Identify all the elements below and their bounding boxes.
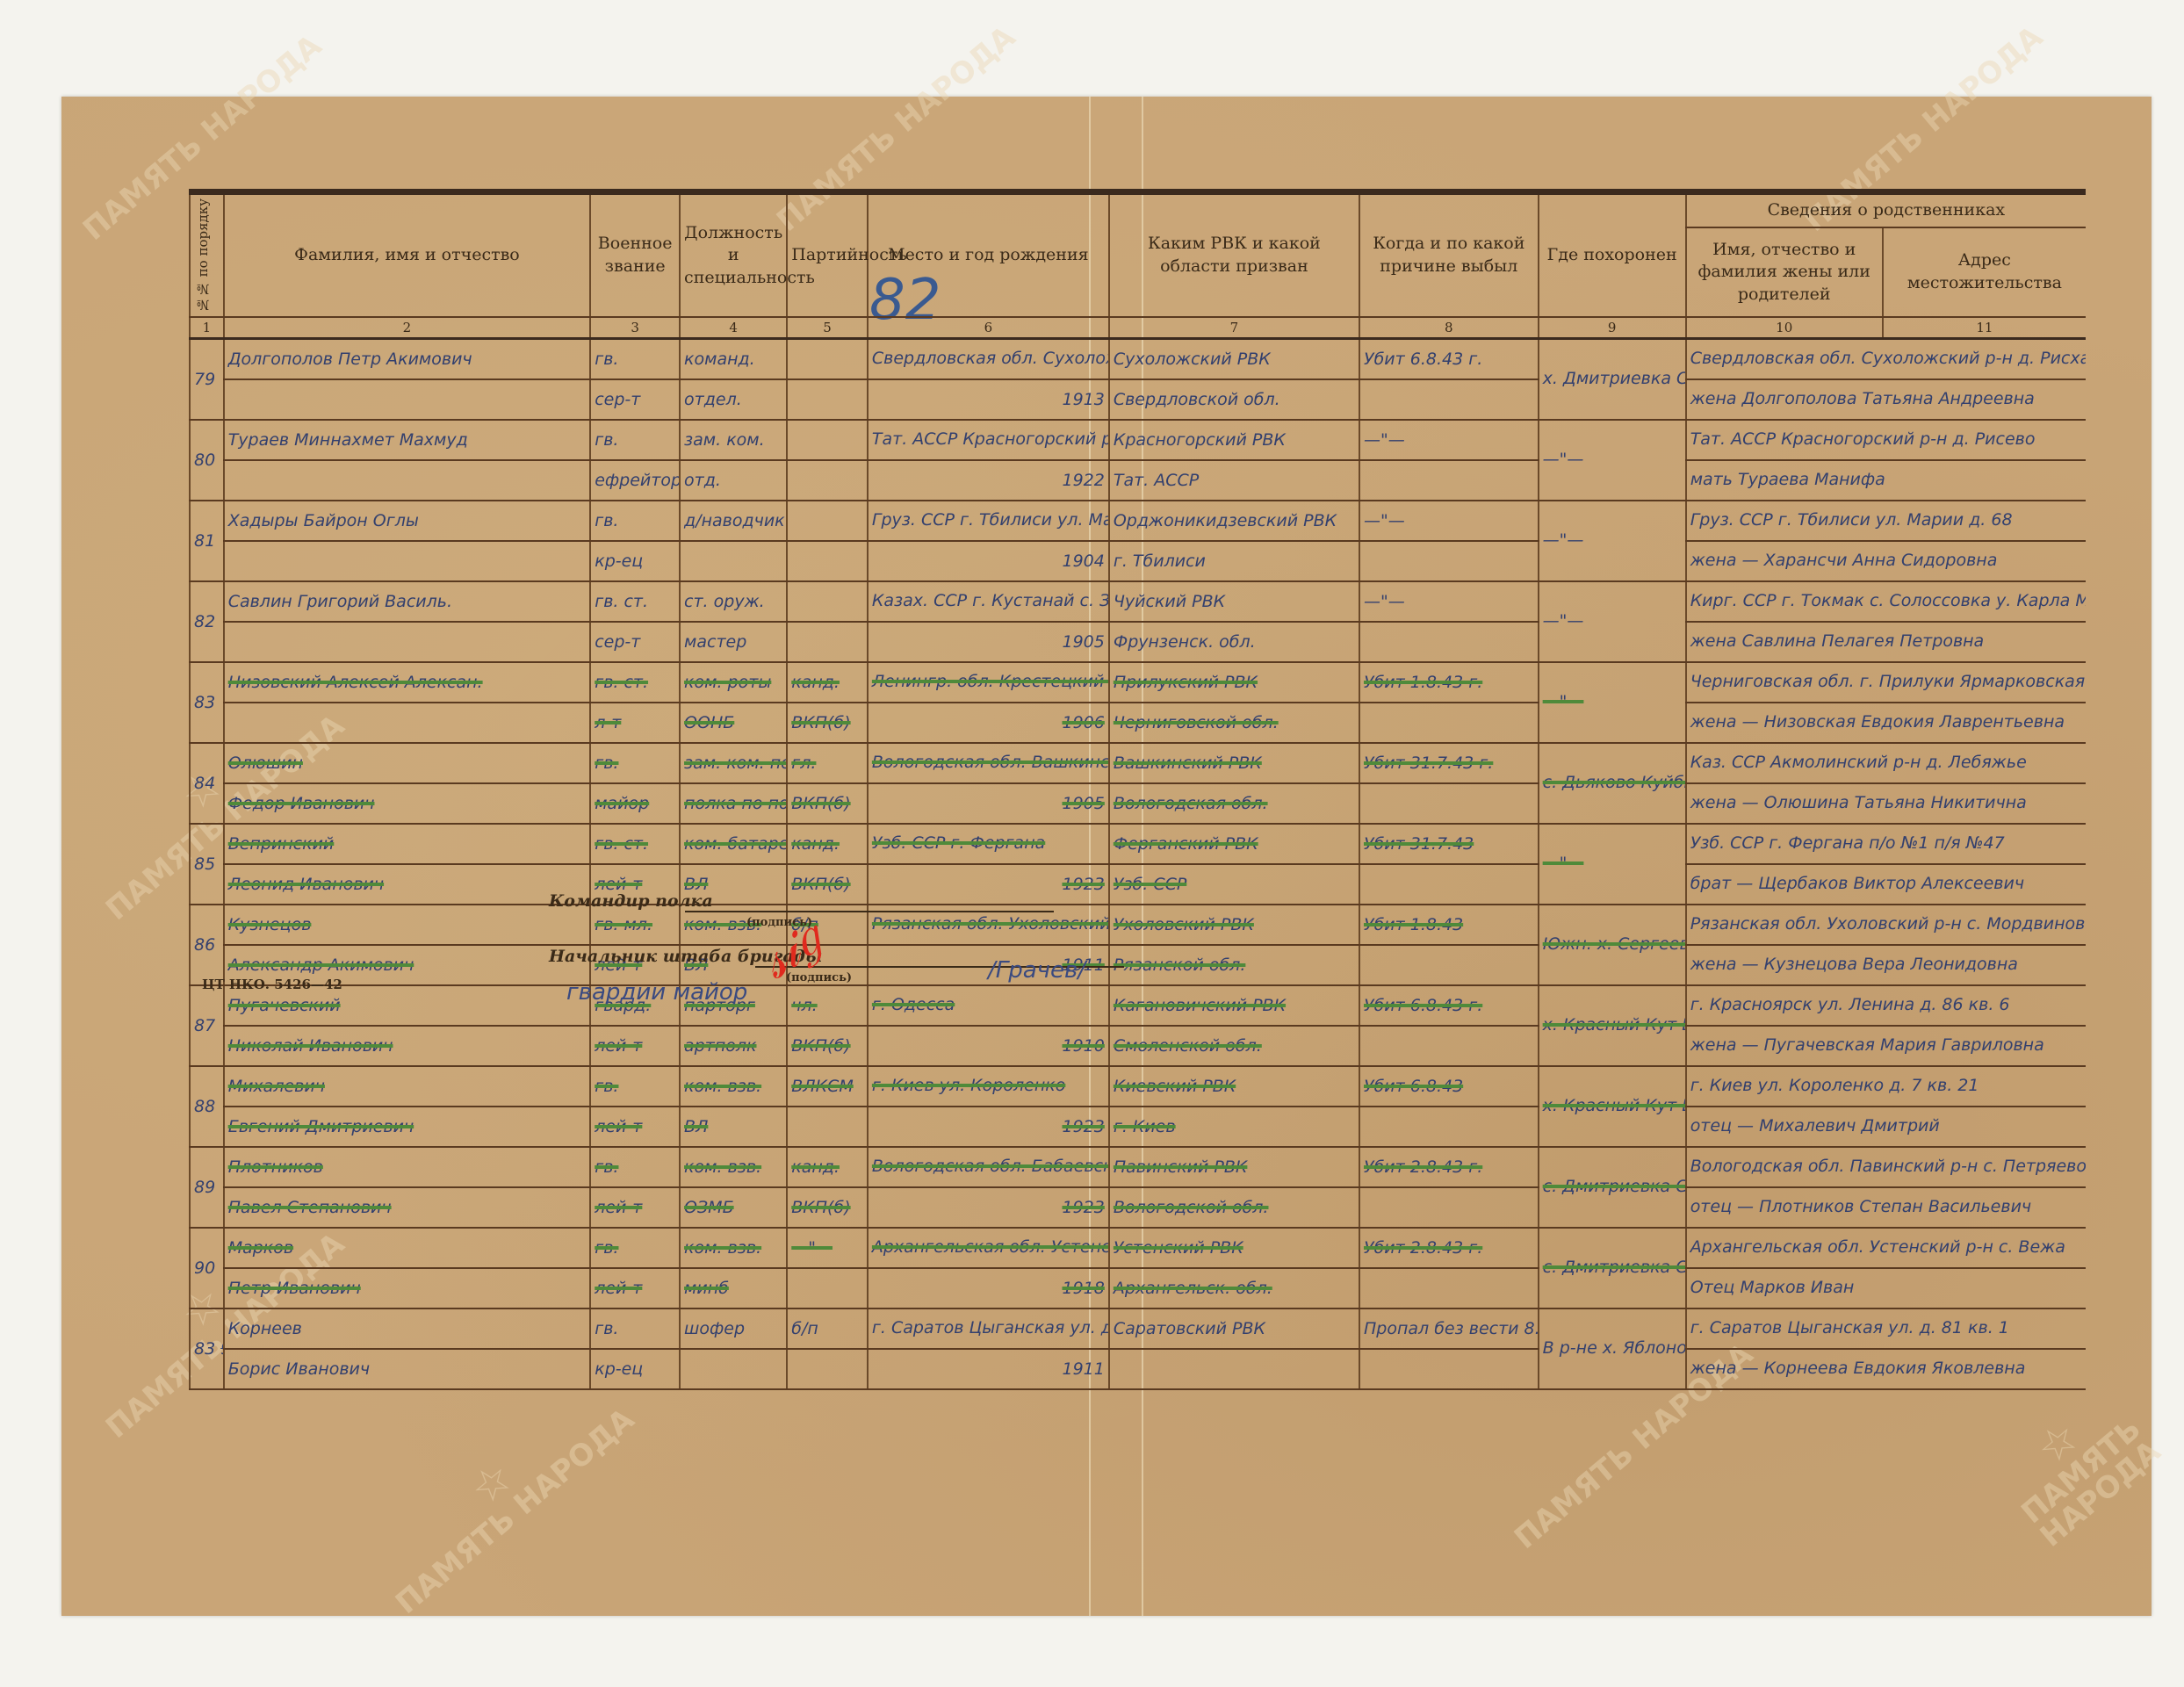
- table-row-continuation: ефрейторотд.1922Тат. АССРмать Тураева Ма…: [190, 460, 2086, 501]
- military-rank-line2: сер-т: [590, 379, 680, 420]
- row-number: 86: [190, 905, 224, 985]
- position: ком. батареи: [680, 824, 787, 864]
- party-membership-line2: [787, 541, 868, 581]
- departure-reason-line2: [1359, 379, 1539, 420]
- relative-name: жена Долгополова Татьяна Андреевна: [1686, 379, 2086, 420]
- position: ст. оруж.: [680, 581, 787, 622]
- departure-reason: Убит 1.8.43: [1359, 905, 1539, 945]
- col-number: 8: [1359, 317, 1539, 339]
- departure-reason: Убит 31.7.43 г.: [1359, 743, 1539, 783]
- party-membership: канд.: [787, 662, 868, 703]
- col-header-rank: Военное звание: [590, 192, 680, 318]
- party-membership: канд.: [787, 1147, 868, 1187]
- draft-region: Свердловской обл.: [1109, 379, 1359, 420]
- burial-place: В р-не х. Яблоновка Сталинской обл.: [1539, 1309, 1686, 1389]
- position: ком. взв.: [680, 1066, 787, 1107]
- draft-region: г. Тбилиси: [1109, 541, 1359, 581]
- military-rank: гв.: [590, 743, 680, 783]
- departure-reason: Убит 2.8.43 г.: [1359, 1228, 1539, 1268]
- departure-reason-line2: [1359, 541, 1539, 581]
- military-rank-line2: майор: [590, 783, 680, 824]
- party-membership-line2: [787, 1268, 868, 1309]
- military-rank: гв.: [590, 339, 680, 380]
- draft-region: Узб. ССР: [1109, 864, 1359, 905]
- burial-place: с. Дьяково Куйбышевский р-н Ростовской о…: [1539, 743, 1686, 824]
- row-number: 83 91: [190, 1309, 224, 1389]
- party-membership-line2: ВКП(б): [787, 864, 868, 905]
- col-header-name: Фамилия, имя и отчество: [224, 192, 591, 318]
- position: ком. роты: [680, 662, 787, 703]
- row-number: 88: [190, 1066, 224, 1147]
- position: ком. взв.: [680, 1147, 787, 1187]
- position: ком. взв.: [680, 1228, 787, 1268]
- burial-place: х. Красный Кут Ворошиловградской обл.: [1539, 1066, 1686, 1147]
- birth-year: 1911: [868, 1349, 1109, 1389]
- departure-reason-line2: [1359, 1026, 1539, 1066]
- position-line2: артполк: [680, 1026, 787, 1066]
- position-line2: полка по пол. части: [680, 783, 787, 824]
- military-rank: гв.: [590, 1228, 680, 1268]
- military-rank-line2: кр-ец: [590, 541, 680, 581]
- col-header-address: Адрес местожительства: [1883, 227, 2086, 317]
- birth-place: Казах. ССР г. Кустанай с. Затобольск: [868, 581, 1109, 622]
- full-name: Плотников: [224, 1147, 591, 1187]
- burial-place: —"—: [1539, 420, 1686, 501]
- birth-place: Ленингр. обл. Крестецкий р-н с. Хальво: [868, 662, 1109, 703]
- birth-place: г. Киев ул. Короленко: [868, 1066, 1109, 1107]
- party-membership: ВЛКСМ: [787, 1066, 868, 1107]
- table-row-continuation: Павел Степановичлей-тОЗМБВКП(б)1923Волог…: [190, 1187, 2086, 1228]
- birth-year: 1910: [868, 1026, 1109, 1066]
- departure-reason: —"—: [1359, 581, 1539, 622]
- col-number: 6: [868, 317, 1109, 339]
- col-header-party: Партийность: [787, 192, 868, 318]
- departure-reason: Убит 6.8.43 г.: [1359, 339, 1539, 380]
- military-rank: гв. ст.: [590, 581, 680, 622]
- departure-reason-line2: [1359, 1187, 1539, 1228]
- table-row: 90Марковгв.ком. взв.—"—Архангельская обл…: [190, 1228, 2086, 1268]
- draft-region: Архангельск. обл.: [1109, 1268, 1359, 1309]
- relative-address: г. Киев ул. Короленко д. 7 кв. 21: [1686, 1066, 2086, 1107]
- position-line2: ООНБ: [680, 703, 787, 743]
- birth-place: Узб. ССР г. Фергана: [868, 824, 1109, 864]
- full-name: Вепринский: [224, 824, 591, 864]
- full-name: Михалевич: [224, 1066, 591, 1107]
- full-name-patronymic: Борис Иванович: [224, 1349, 591, 1389]
- relative-address: Груз. ССР г. Тбилиси ул. Марии д. 68: [1686, 501, 2086, 541]
- birth-year: 1905: [868, 622, 1109, 662]
- row-number: 79: [190, 339, 224, 421]
- party-membership-line2: ВКП(б): [787, 783, 868, 824]
- draft-region: Рязанской обл.: [1109, 945, 1359, 985]
- full-name: Олюшин: [224, 743, 591, 783]
- table-row: 87Пугачевскийгвард.парторгчл.г. ОдессаКа…: [190, 985, 2086, 1026]
- relative-name: жена — Низовская Евдокия Лаврентьевна: [1686, 703, 2086, 743]
- birth-place: Вологодская обл. Вашкинский р-н: [868, 743, 1109, 783]
- military-rank: гв.: [590, 1147, 680, 1187]
- departure-reason-line2: [1359, 783, 1539, 824]
- burial-place: —"—: [1539, 824, 1686, 905]
- military-rank-line2: лей-т: [590, 1268, 680, 1309]
- birth-year: 1904: [868, 541, 1109, 581]
- position-line2: минб: [680, 1268, 787, 1309]
- full-name: Кузнецов: [224, 905, 591, 945]
- position: д/наводчик: [680, 501, 787, 541]
- relative-address: Свердловская обл. Сухоложский р-н д. Рис…: [1686, 339, 2086, 380]
- draft-region: г. Киев: [1109, 1107, 1359, 1147]
- col-number: 4: [680, 317, 787, 339]
- table-row-continuation: сер-тмастер1905Фрунзенск. обл.жена Савли…: [190, 622, 2086, 662]
- party-membership-line2: [787, 379, 868, 420]
- party-membership-line2: [787, 1107, 868, 1147]
- military-rank-line2: лей-т: [590, 1187, 680, 1228]
- table-row-continuation: Николай Ивановичлей-тартполкВКП(б)1910См…: [190, 1026, 2086, 1066]
- military-rank-line2: кр-ец: [590, 1349, 680, 1389]
- draft-office: Прилукский РВК: [1109, 662, 1359, 703]
- position: зам. ком.: [680, 420, 787, 460]
- birth-place: Тат. АССР Красногорский р-н д. Рисево: [868, 420, 1109, 460]
- departure-reason: Пропал без вести 8.8.43 г.: [1359, 1309, 1539, 1349]
- birth-year: 1918: [868, 1268, 1109, 1309]
- col-header-when: Когда и по какой причине выбыл: [1359, 192, 1539, 318]
- party-membership: [787, 581, 868, 622]
- table-row: 86Кузнецовгв. мл.ком. взв.б/пРязанская о…: [190, 905, 2086, 945]
- full-name-patronymic: Леонид Иванович: [224, 864, 591, 905]
- full-name: Тураев Миннахмет Махмуд: [224, 420, 591, 460]
- full-name-patronymic: [224, 460, 591, 501]
- position: зам. ком. пол.: [680, 743, 787, 783]
- departure-reason: —"—: [1359, 501, 1539, 541]
- relative-name: жена — Кузнецова Вера Леонидовна: [1686, 945, 2086, 985]
- table-row-continuation: Евгений Дмитриевичлей-тВЛ1923г. Киевотец…: [190, 1107, 2086, 1147]
- col-header-buried: Где похоронен: [1539, 192, 1686, 318]
- relative-name: жена — Корнеева Евдокия Яковлевна: [1686, 1349, 2086, 1389]
- military-rank-line2: сер-т: [590, 622, 680, 662]
- relative-name: мать Тураева Манифа: [1686, 460, 2086, 501]
- burial-place: с. Дмитриевка Снежнянский р-н Сталинской…: [1539, 1228, 1686, 1309]
- chief-rank-handwritten: гвардии майор: [566, 979, 747, 1006]
- position-line2: ОЗМБ: [680, 1187, 787, 1228]
- draft-region: Смоленской обл.: [1109, 1026, 1359, 1066]
- table-row: 82Савлин Григорий Василь.гв. ст.ст. оруж…: [190, 581, 2086, 622]
- position-line2: [680, 541, 787, 581]
- draft-office: Красногорский РВК: [1109, 420, 1359, 460]
- departure-reason: Убит 6.8.43: [1359, 1066, 1539, 1107]
- table-row: 81Хадыры Байрон Оглыгв.д/наводчикГруз. С…: [190, 501, 2086, 541]
- birth-place: г. Одесса: [868, 985, 1109, 1026]
- table-row-continuation: кр-ец1904г. Тбилисижена — Харансчи Анна …: [190, 541, 2086, 581]
- col-number: 9: [1539, 317, 1686, 339]
- col-header-relative-name: Имя, отчество и фамилия жены или родител…: [1686, 227, 1883, 317]
- col-number: 2: [224, 317, 591, 339]
- military-rank: гв. ст.: [590, 662, 680, 703]
- birth-place: Архангельская обл. Устенский р-н с. Вежа: [868, 1228, 1109, 1268]
- full-name-patronymic: Федор Иванович: [224, 783, 591, 824]
- birth-year: 1922: [868, 460, 1109, 501]
- departure-reason-line2: [1359, 460, 1539, 501]
- draft-region: [1109, 1349, 1359, 1389]
- position-line2: отд.: [680, 460, 787, 501]
- departure-reason: Убит 6.8.43 г.: [1359, 985, 1539, 1026]
- row-number: 89: [190, 1147, 224, 1228]
- military-rank: гв.: [590, 1066, 680, 1107]
- party-membership-line2: ВКП(б): [787, 703, 868, 743]
- burial-place: —"—: [1539, 501, 1686, 581]
- draft-office: Орджоникидзевский РВК: [1109, 501, 1359, 541]
- full-name-patronymic: Павел Степанович: [224, 1187, 591, 1228]
- table-row: 83 91Корнеевгв.шоферб/пг. Саратов Цыганс…: [190, 1309, 2086, 1349]
- col-number: 11: [1883, 317, 2086, 339]
- table-row-continuation: Александр Акимовичлей-тВЛ1911Рязанской о…: [190, 945, 2086, 985]
- relative-name: отец — Плотников Степан Васильевич: [1686, 1187, 2086, 1228]
- draft-office: Саратовский РВК: [1109, 1309, 1359, 1349]
- full-name-patronymic: [224, 703, 591, 743]
- burial-place: Южн. х. Сергеевка Сталинской обл.: [1539, 905, 1686, 985]
- watermark: ☆ПАМЯТЬ НАРОДА: [1986, 1378, 2167, 1554]
- military-rank-line2: лей-т: [590, 1107, 680, 1147]
- table-row: 88Михалевичгв.ком. взв.ВЛКСМг. Киев ул. …: [190, 1066, 2086, 1107]
- row-number: 81: [190, 501, 224, 581]
- draft-office: Ухоловский РВК: [1109, 905, 1359, 945]
- military-rank: гв.: [590, 420, 680, 460]
- party-membership: [787, 420, 868, 460]
- birth-place: г. Саратов Цыганская ул. д. 81 кв. 1: [868, 1309, 1109, 1349]
- birth-place: Вологодская обл. Бабаевский р-н с. Петря…: [868, 1147, 1109, 1187]
- document-sheet: ПАМЯТЬ НАРОДА ПАМЯТЬ НАРОДА ПАМЯТЬ НАРОД…: [61, 97, 2152, 1616]
- departure-reason: Убит 2.8.43 г.: [1359, 1147, 1539, 1187]
- party-membership-line2: [787, 622, 868, 662]
- party-membership-line2: ВКП(б): [787, 1187, 868, 1228]
- departure-reason-line2: [1359, 864, 1539, 905]
- watermark: ☆ПАМЯТЬ НАРОДА: [363, 1370, 639, 1619]
- party-membership: —"—: [787, 1228, 868, 1268]
- departure-reason-line2: [1359, 1349, 1539, 1389]
- table-row-continuation: Леонид Ивановичлей-тВЛВКП(б)1923Узб. ССР…: [190, 864, 2086, 905]
- full-name: Хадыры Байрон Оглы: [224, 501, 591, 541]
- draft-office: Кагановичский РВК: [1109, 985, 1359, 1026]
- birth-year: 1923: [868, 1187, 1109, 1228]
- table-row: 84Олюшингв.зам. ком. пол.гл.Вологодская …: [190, 743, 2086, 783]
- full-name: Низовский Алексей Алексан.: [224, 662, 591, 703]
- departure-reason: —"—: [1359, 420, 1539, 460]
- commander-signature-line: [685, 911, 1054, 912]
- position-line2: отдел.: [680, 379, 787, 420]
- relative-address: Рязанская обл. Ухоловский р-н с. Мордвин…: [1686, 905, 2086, 945]
- birth-place: Груз. ССР г. Тбилиси ул. Марии д. 68: [868, 501, 1109, 541]
- draft-region: Черниговской обл.: [1109, 703, 1359, 743]
- col-header-rvk: Каким РВК и какой области призван: [1109, 192, 1359, 318]
- position-line2: ВЛ: [680, 1107, 787, 1147]
- full-name-patronymic: Евгений Дмитриевич: [224, 1107, 591, 1147]
- relative-name: жена — Харансчи Анна Сидоровна: [1686, 541, 2086, 581]
- draft-office: Киевский РВК: [1109, 1066, 1359, 1107]
- draft-office: Чуйский РВК: [1109, 581, 1359, 622]
- party-membership: канд.: [787, 824, 868, 864]
- military-rank-line2: ефрейтор: [590, 460, 680, 501]
- relative-address: Каз. ССР Акмолинский р-н д. Лебяжье: [1686, 743, 2086, 783]
- burial-place: —"—: [1539, 581, 1686, 662]
- military-rank: гв.: [590, 1309, 680, 1349]
- row-number: 87: [190, 985, 224, 1066]
- relative-address: Тат. АССР Красногорский р-н д. Рисево: [1686, 420, 2086, 460]
- position-line2: [680, 1349, 787, 1389]
- draft-region: Вологодская обл.: [1109, 783, 1359, 824]
- row-number: 82: [190, 581, 224, 662]
- military-rank-line2: лей-т: [590, 1026, 680, 1066]
- full-name: Савлин Григорий Василь.: [224, 581, 591, 622]
- departure-reason-line2: [1359, 1107, 1539, 1147]
- relative-address: Узб. ССР г. Фергана п/о №1 п/я №47: [1686, 824, 2086, 864]
- draft-office: Ферганский РВК: [1109, 824, 1359, 864]
- departure-reason: Убит 31.7.43: [1359, 824, 1539, 864]
- table-row-continuation: л-тООНБВКП(б)1906Черниговской обл.жена —…: [190, 703, 2086, 743]
- full-name-patronymic: [224, 379, 591, 420]
- col-number: 3: [590, 317, 680, 339]
- draft-office: Сухоложский РВК: [1109, 339, 1359, 380]
- burial-place: —"—: [1539, 662, 1686, 743]
- party-membership: [787, 501, 868, 541]
- departure-reason: Убит 1.8.43 г.: [1359, 662, 1539, 703]
- party-membership-line2: [787, 460, 868, 501]
- full-name: Марков: [224, 1228, 591, 1268]
- relative-name: жена — Пугачевская Мария Гавриловна: [1686, 1026, 2086, 1066]
- party-membership: [787, 339, 868, 380]
- relative-address: Черниговская обл. г. Прилуки Ярмарковска…: [1686, 662, 2086, 703]
- relative-name: жена Савлина Пелагея Петровна: [1686, 622, 2086, 662]
- full-name: Долгополов Петр Акимович: [224, 339, 591, 380]
- col-header-no: №№ по порядку: [190, 192, 224, 318]
- table-row: 85Вепринскийгв. ст.ком. батареиканд.Узб.…: [190, 824, 2086, 864]
- table-row-continuation: Петр Ивановичлей-тминб1918Архангельск. о…: [190, 1268, 2086, 1309]
- full-name-patronymic: [224, 541, 591, 581]
- full-name-patronymic: Петр Иванович: [224, 1268, 591, 1309]
- relative-address: Кирг. ССР г. Токмак с. Солоссовка у. Кар…: [1686, 581, 2086, 622]
- chief-name-handwritten: /Грачев/: [988, 957, 1085, 984]
- party-membership-line2: [787, 1349, 868, 1389]
- col-number: 1: [190, 317, 224, 339]
- row-number: 84: [190, 743, 224, 824]
- col-header-post: Должность и специальность: [680, 192, 787, 318]
- draft-region: Вологодской обл.: [1109, 1187, 1359, 1228]
- departure-reason-line2: [1359, 945, 1539, 985]
- departure-reason-line2: [1359, 703, 1539, 743]
- table-row-continuation: сер-тотдел.1913Свердловской обл.жена Дол…: [190, 379, 2086, 420]
- relative-name: жена — Олюшина Татьяна Никитична: [1686, 783, 2086, 824]
- full-name: Корнеев: [224, 1309, 591, 1349]
- party-membership: чл.: [787, 985, 868, 1026]
- row-number: 85: [190, 824, 224, 905]
- birth-year: 1923: [868, 1107, 1109, 1147]
- col-number: 7: [1109, 317, 1359, 339]
- relative-address: г. Саратов Цыганская ул. д. 81 кв. 1: [1686, 1309, 2086, 1349]
- relative-name: отец — Михалевич Дмитрий: [1686, 1107, 2086, 1147]
- relative-name: брат — Щербаков Виктор Алексеевич: [1686, 864, 2086, 905]
- draft-office: Павинский РВК: [1109, 1147, 1359, 1187]
- commander-label: Командир полка: [549, 891, 713, 911]
- position: шофер: [680, 1309, 787, 1349]
- position: команд.: [680, 339, 787, 380]
- row-number: 83: [190, 662, 224, 743]
- departure-reason-line2: [1359, 622, 1539, 662]
- full-name-patronymic: [224, 622, 591, 662]
- military-rank-line2: л-т: [590, 703, 680, 743]
- draft-office: Вашкинский РВК: [1109, 743, 1359, 783]
- row-number: 80: [190, 420, 224, 501]
- table-row: 89Плотниковгв.ком. взв.канд.Вологодская …: [190, 1147, 2086, 1187]
- birth-year: 1913: [868, 379, 1109, 420]
- party-membership: гл.: [787, 743, 868, 783]
- military-rank: гв. ст.: [590, 824, 680, 864]
- table-row-continuation: Борис Ивановичкр-ец1911жена — Корнеева Е…: [190, 1349, 2086, 1389]
- draft-region: Тат. АССР: [1109, 460, 1359, 501]
- col-number: 5: [787, 317, 868, 339]
- full-name-patronymic: Николай Иванович: [224, 1026, 591, 1066]
- burial-place: х. Красный Кут Ворошиловградской обл.: [1539, 985, 1686, 1066]
- birth-place: Свердловская обл. Сухоложский р-н с. Чер…: [868, 339, 1109, 380]
- form-code: ЦТ НКО. 5426—42: [202, 977, 342, 992]
- row-number: 90: [190, 1228, 224, 1309]
- relative-name: Отец Марков Иван: [1686, 1268, 2086, 1309]
- table-row: 79Долгополов Петр Акимовичгв.команд.Свер…: [190, 339, 2086, 380]
- draft-region: Фрунзенск. обл.: [1109, 622, 1359, 662]
- burial-place: с. Дмитриевка Снежнянский р-н Сталинской…: [1539, 1147, 1686, 1228]
- military-rank: гв.: [590, 501, 680, 541]
- col-header-relatives: Сведения о родственниках: [1686, 192, 2086, 228]
- col-header-birth: Место и год рождения: [868, 192, 1109, 318]
- table-row: 80Тураев Миннахмет Махмудгв.зам. ком.Тат…: [190, 420, 2086, 460]
- birth-year: 1923: [868, 864, 1109, 905]
- burial-place: х. Дмитриевка Сняжного р-н Сталинской об…: [1539, 339, 1686, 421]
- draft-office: Устенский РВК: [1109, 1228, 1359, 1268]
- casualty-register-table: №№ по порядку Фамилия, имя и отчество Во…: [189, 189, 2086, 1390]
- position-line2: мастер: [680, 622, 787, 662]
- relative-address: Архангельская обл. Устенский р-н с. Вежа: [1686, 1228, 2086, 1268]
- col-number: 10: [1686, 317, 1883, 339]
- party-membership-line2: ВКП(б): [787, 1026, 868, 1066]
- party-membership: б/п: [787, 1309, 868, 1349]
- table-row-continuation: Федор Ивановичмайорполка по пол. частиВК…: [190, 783, 2086, 824]
- relative-address: г. Красноярск ул. Ленина д. 86 кв. 6: [1686, 985, 2086, 1026]
- departure-reason-line2: [1359, 1268, 1539, 1309]
- table-row: 83Низовский Алексей Алексан.гв. ст.ком. …: [190, 662, 2086, 703]
- birth-year: 1905: [868, 783, 1109, 824]
- relative-address: Вологодская обл. Павинский р-н с. Петряе…: [1686, 1147, 2086, 1187]
- birth-year: 1906: [868, 703, 1109, 743]
